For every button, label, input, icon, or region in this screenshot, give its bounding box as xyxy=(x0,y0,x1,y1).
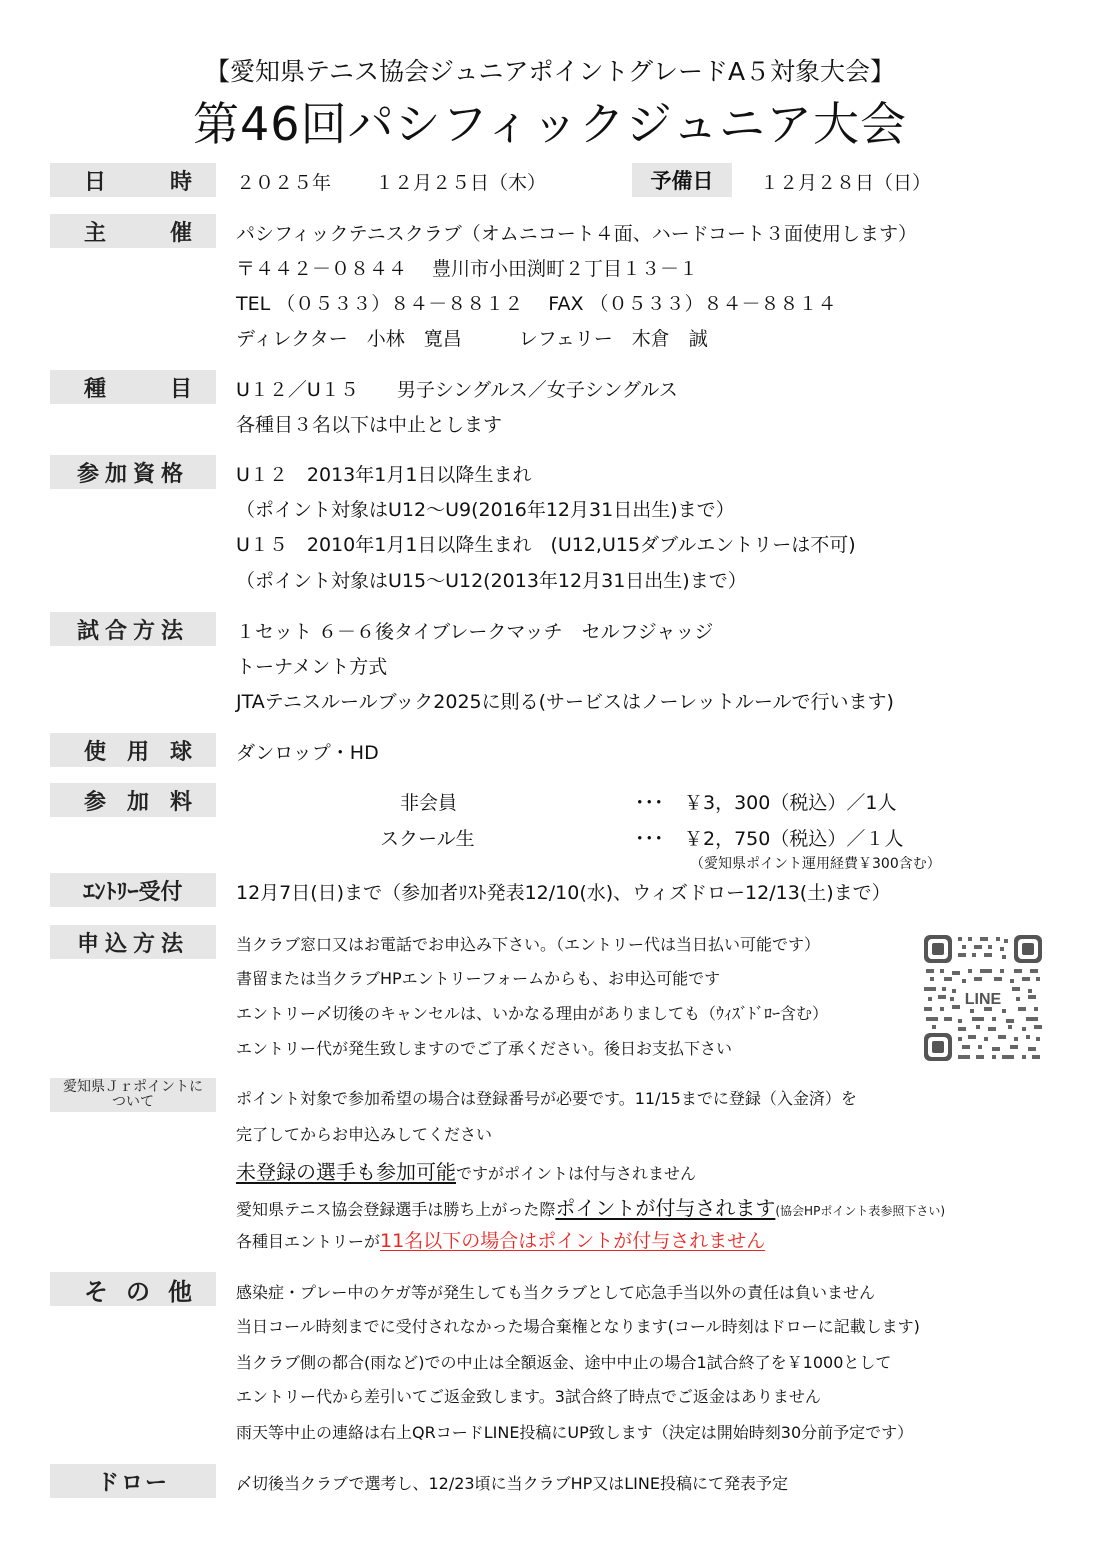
label-date: 日 時 xyxy=(50,163,216,197)
label-draw: ドロー xyxy=(50,1464,216,1498)
label-char: そ xyxy=(84,1272,108,1307)
label-line: 愛知県Ｊｒポイントに xyxy=(63,1080,203,1095)
other-line: 当クラブ側の都合(雨など)での中止は全額返金、途中中止の場合1試合終了を￥100… xyxy=(236,1350,891,1373)
label-char: 加 xyxy=(127,785,149,816)
svg-text:LINE: LINE xyxy=(965,991,1002,1008)
label-char: 他 xyxy=(168,1272,192,1307)
reserve-day-value: １２月２８日（日） xyxy=(760,168,931,195)
tournament-subtitle: 【愛知県テニス協会ジュニアポイントグレードA５対象大会】 xyxy=(0,52,1100,88)
label-events: 種 目 xyxy=(50,370,216,404)
fee-type: 非会員 xyxy=(400,788,457,815)
points-line: 各種目エントリーが11名以下の場合はポイントが付与されません xyxy=(236,1226,765,1253)
points-line: ポイント対象で参加希望の場合は登録番号が必要です。11/15までに登録（入金済）… xyxy=(236,1086,857,1109)
events-line: U１２／U１５ 男子シングルス／女子シングルス xyxy=(236,375,678,402)
fee-price: ￥3，300（税込）／1人 xyxy=(684,788,896,815)
points-awarded-note: ポイントが付与されます xyxy=(555,1196,775,1220)
label-apply: 申込方法 xyxy=(50,925,216,959)
label-ball: 使 用 球 xyxy=(50,733,216,767)
host-club: パシフィックテニスクラブ（オムニコート４面、ハードコート３面使用します） xyxy=(236,219,917,246)
fee-dots: ･･･ xyxy=(635,824,664,851)
label-host: 主 催 xyxy=(50,214,216,248)
apply-line: エントリー代が発生致しますのでご了承ください。後日お支払下さい xyxy=(236,1036,732,1059)
points-text: ですがポイントは付与されません xyxy=(456,1164,696,1183)
entry-deadline: 12月7日(日)まで（参加者ﾘｽﾄ発表12/10(水)、ウィズドロー12/13(… xyxy=(236,878,891,905)
tournament-title: 第46回パシフィックジュニア大会 xyxy=(0,88,1100,154)
label-char: 種 xyxy=(84,372,106,403)
events-line: 各種目３名以下は中止とします xyxy=(236,410,502,437)
label-char: 使 xyxy=(84,735,106,766)
format-line: JTAテニスルールブック2025に則る(サービスはノーレットルールで行います) xyxy=(236,687,894,714)
other-line: 雨天等中止の連絡は右上QRコードLINE投稿にUP致します（決定は開始時刻30分… xyxy=(236,1420,913,1443)
fee-dots: ･･･ xyxy=(635,788,664,815)
eligibility-line: （ポイント対象はU12～U9(2016年12月31日出生)まで） xyxy=(236,495,735,522)
label-format: 試合方法 xyxy=(50,612,216,646)
eligibility-line: （ポイント対象はU15～U12(2013年12月31日出生)まで） xyxy=(236,566,747,593)
label-char: 料 xyxy=(170,785,192,816)
label-char: 用 xyxy=(127,735,149,766)
fee-type: スクール生 xyxy=(380,824,475,851)
reserve-day-label: 予備日 xyxy=(632,163,732,197)
points-line: 未登録の選手も参加可能ですがポイントは付与されません xyxy=(236,1156,696,1185)
label-other: そ の 他 xyxy=(50,1272,216,1306)
points-warning: 11名以下の場合はポイントが付与されません xyxy=(380,1230,765,1252)
fee-price: ￥2，750（税込）／１人 xyxy=(684,824,903,851)
label-char: 日 xyxy=(84,165,106,196)
label-points: 愛知県Ｊｒポイントに ついて xyxy=(50,1078,216,1112)
label-entry: ｴﾝﾄﾘｰ受付 xyxy=(50,873,216,907)
label-char: 催 xyxy=(170,216,192,247)
label-char: 主 xyxy=(84,216,106,247)
points-table-note: (協会HPポイント表参照下さい) xyxy=(775,1204,945,1218)
date-value: １２月２５日（木） xyxy=(375,168,546,195)
host-officials: ディレクター 小林 寛昌 レフェリー 木倉 誠 xyxy=(236,324,708,351)
format-line: トーナメント方式 xyxy=(236,652,387,679)
label-fee: 参 加 料 xyxy=(50,783,216,817)
points-text: 各種目エントリーが xyxy=(236,1232,380,1251)
label-char: 時 xyxy=(170,165,192,196)
date-year: ２０２５年 xyxy=(236,168,331,195)
label-char: 目 xyxy=(170,372,192,403)
apply-line: エントリー〆切後のキャンセルは、いかなる理由がありましても（ｳｨｽﾞﾄﾞﾛｰ含む… xyxy=(236,1001,828,1024)
label-line: ついて xyxy=(112,1095,154,1110)
label-eligibility: 参加資格 xyxy=(50,455,216,489)
line-qr-code[interactable]: LINE xyxy=(922,933,1044,1063)
other-line: 当日コール時刻までに受付されなかった場合棄権となります(コール時刻はドローに記載… xyxy=(236,1314,920,1337)
apply-line: 書留または当クラブHPエントリーフォームからも、お申込可能です xyxy=(236,966,720,989)
points-line: 完了してからお申込みしてください xyxy=(236,1122,492,1145)
host-phone-fax: TEL （０５３３）８４－８８１２ FAX （０５３３）８４－８８１４ xyxy=(236,289,837,316)
other-line: 感染症・プレー中のケガ等が発生しても当クラブとして応急手当以外の責任は負いません xyxy=(236,1280,875,1303)
eligibility-line: U１５ 2010年1月1日以降生まれ (U12,U15ダブルエントリーは不可) xyxy=(236,530,856,557)
label-char: 参 xyxy=(84,785,106,816)
apply-line: 当クラブ窓口又はお電話でお申込み下さい。（エントリー代は当日払い可能です） xyxy=(236,932,820,955)
points-text: 愛知県テニス協会登録選手は勝ち上がった際 xyxy=(236,1200,555,1219)
format-line: １セット ６－６後タイブレークマッチ セルフジャッジ xyxy=(236,617,713,644)
eligibility-line: U１２ 2013年1月1日以降生まれ xyxy=(236,460,531,487)
fee-note: （愛知県ポイント運用経費￥300含む） xyxy=(690,853,941,873)
other-line: エントリー代から差引いてご返金致します。3試合終了時点でご返金はありません xyxy=(236,1384,821,1407)
label-char: の xyxy=(126,1272,150,1307)
qr-code-icon: LINE xyxy=(922,933,1044,1063)
points-unregistered-note: 未登録の選手も参加可能 xyxy=(236,1160,456,1184)
points-line: 愛知県テニス協会登録選手は勝ち上がった際ポイントが付与されます(協会HPポイント… xyxy=(236,1192,945,1221)
host-address: 〒４４２－０８４４ 豊川市小田渕町２丁目１３－１ xyxy=(236,254,698,281)
ball-value: ダンロップ・HD xyxy=(236,738,379,765)
draw-announcement: 〆切後当クラブで選考し、12/23頃に当クラブHP又はLINE投稿にて発表予定 xyxy=(236,1471,788,1494)
label-char: 球 xyxy=(170,735,192,766)
